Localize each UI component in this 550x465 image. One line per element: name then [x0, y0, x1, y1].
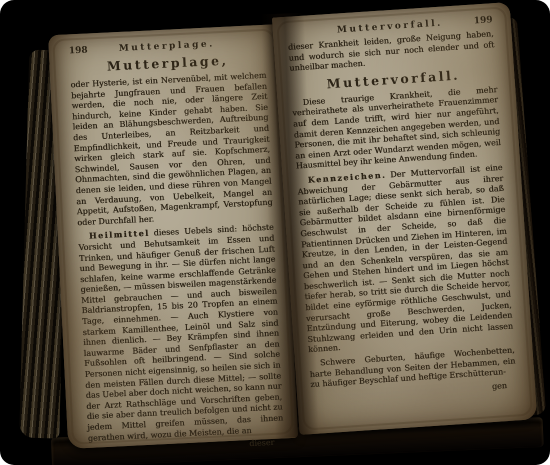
- right-page-number: 199: [466, 15, 493, 27]
- open-book: 198 Mutterplage. Mutterplage, oder Hyste…: [10, 0, 539, 465]
- paragraph-muttervorfall-intro: Diese traurige Krankheit, die mehr verhe…: [291, 85, 501, 173]
- paragraph-kennzeichen: Kennzeichen.Der Muttervorfall ist eine A…: [297, 162, 515, 356]
- left-page: 198 Mutterplage. Mutterplage, oder Hyste…: [48, 24, 298, 449]
- kennzeichen-text: Der Muttervorfall ist eine Abweichung de…: [297, 163, 513, 355]
- heilmittel-text: dieses Uebels sind: höchste Vorsicht und…: [78, 223, 283, 443]
- paragraph-mutterplage-intro: oder Hysterie, ist ein Nervenübel, mit w…: [70, 71, 273, 229]
- photo-background: 198 Mutterplage. Mutterplage, oder Hyste…: [0, 0, 550, 465]
- right-page: Muttervorfall. 199 dieser Krankheit leid…: [272, 2, 537, 435]
- left-page-number: 198: [69, 45, 95, 56]
- paragraph-heilmittel: Heilmitteldieses Uebels sind: höchste Vo…: [78, 222, 284, 444]
- right-head-spacer: [287, 34, 313, 36]
- left-head-spacer: [239, 44, 265, 45]
